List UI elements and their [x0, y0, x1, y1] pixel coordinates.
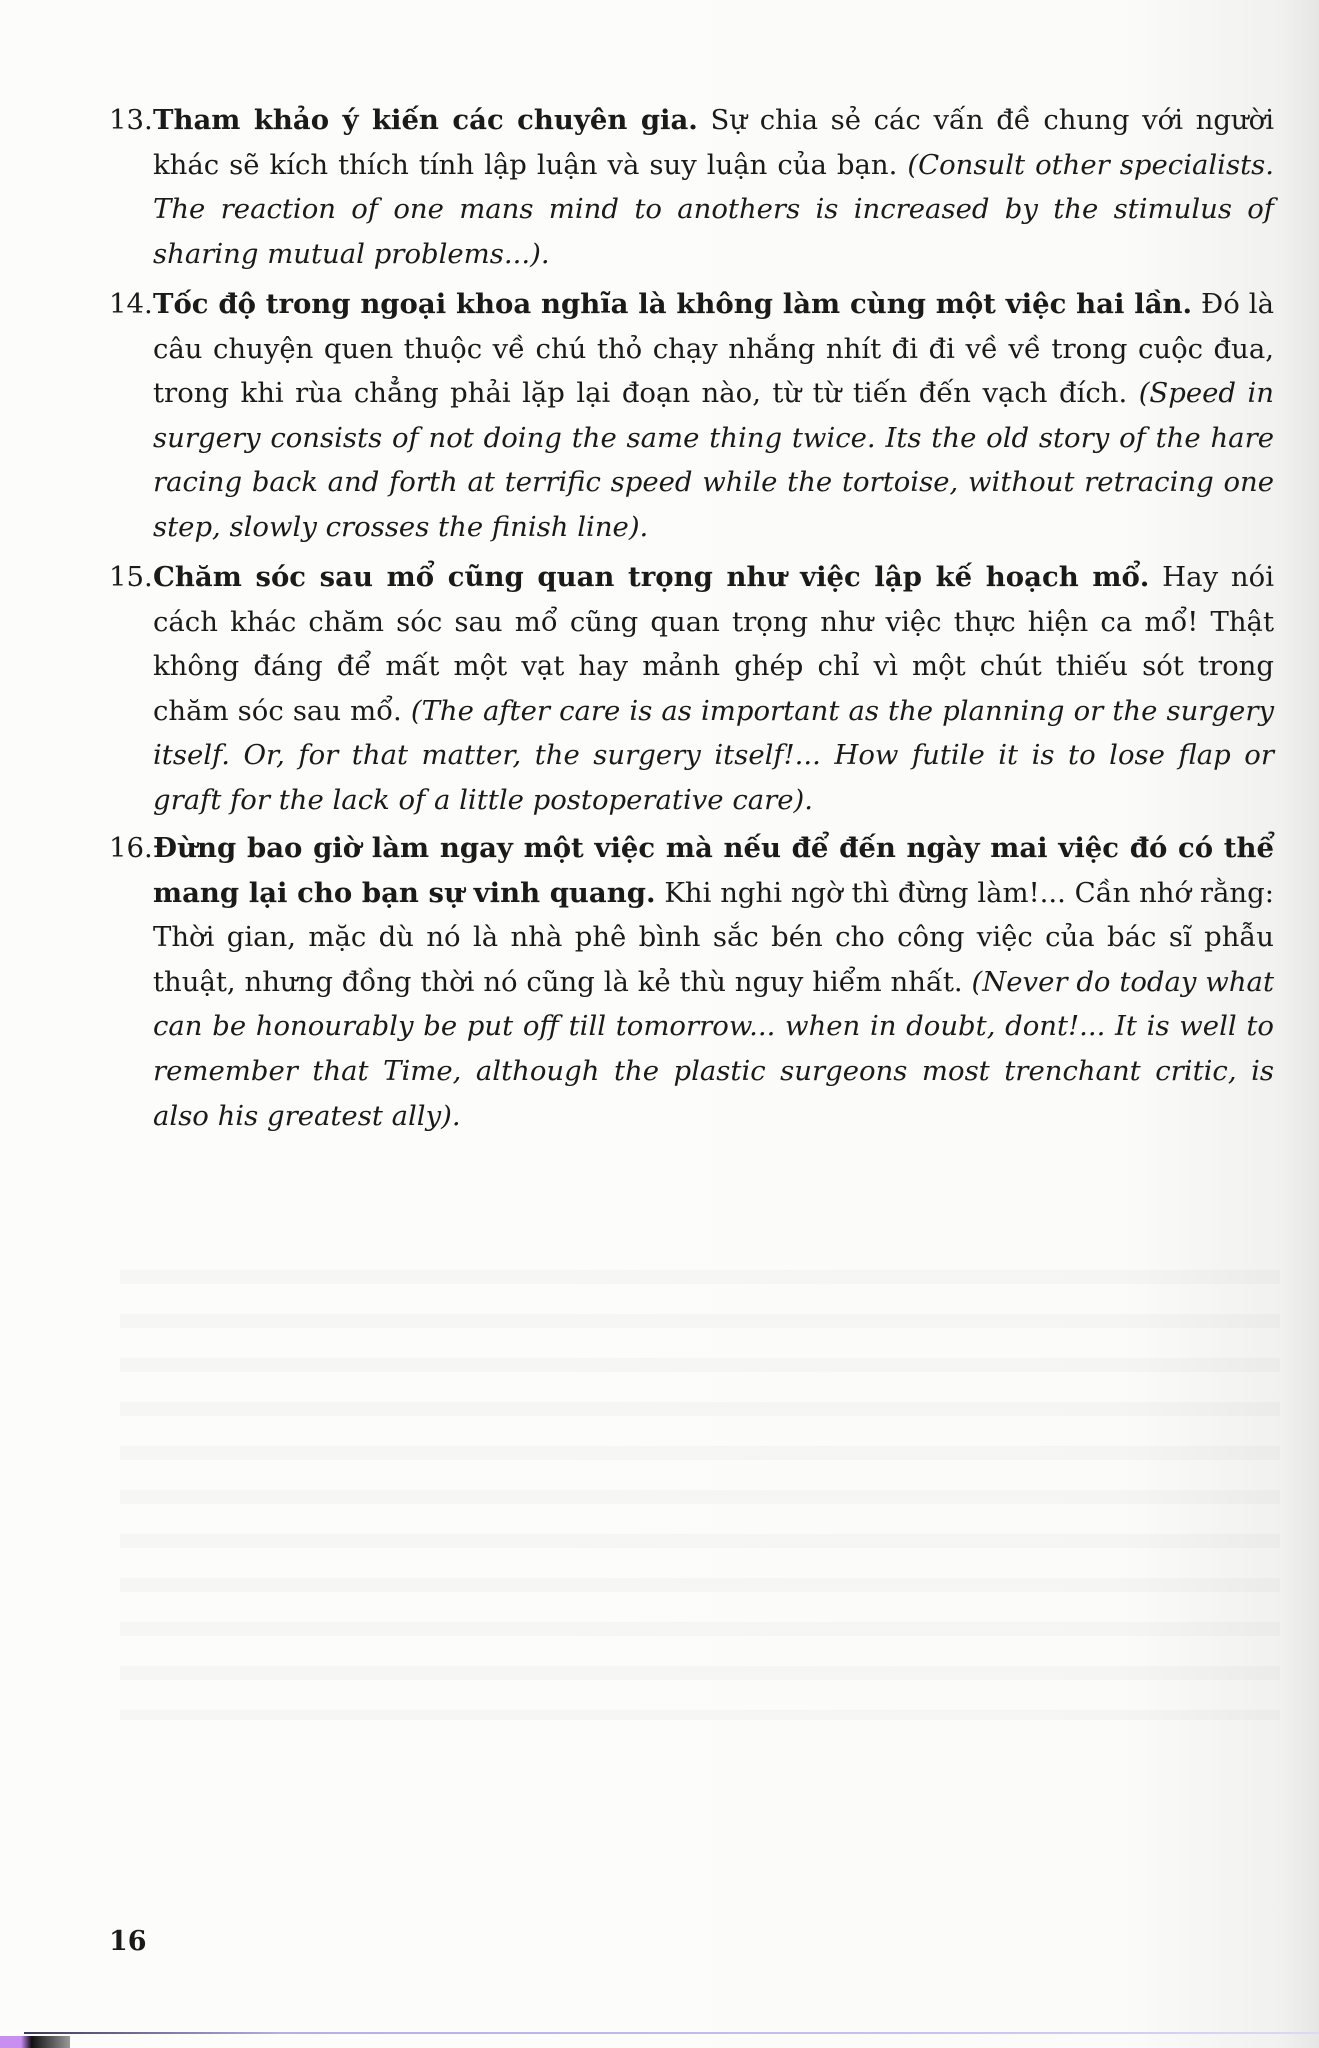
list-item-15: 15. Chăm sóc sau mổ cũng quan trọng như … — [109, 555, 1274, 823]
item-number: 13. — [109, 98, 153, 143]
item-body: Đừng bao giờ làm ngay một việc mà nếu để… — [153, 826, 1274, 1138]
show-through-text — [120, 1240, 1280, 1720]
page-number: 16 — [109, 1926, 147, 1957]
item-number: 14. — [109, 282, 153, 327]
page-bottom-edge — [24, 2032, 1319, 2034]
item-body: Tham khảo ý kiến các chuyên gia. Sự chia… — [153, 98, 1274, 276]
item-body: Tốc độ trong ngoại khoa nghĩa là không l… — [153, 282, 1274, 550]
item-number: 15. — [109, 555, 153, 600]
list-item-13: 13. Tham khảo ý kiến các chuyên gia. Sự … — [109, 98, 1274, 276]
item-heading: Tốc độ trong ngoại khoa nghĩa là không l… — [153, 288, 1192, 320]
list-item-14: 14. Tốc độ trong ngoại khoa nghĩa là khô… — [109, 282, 1274, 550]
item-heading: Chăm sóc sau mổ cũng quan trọng như việc… — [153, 561, 1149, 593]
scan-corner-artifact — [0, 2036, 70, 2048]
item-number: 16. — [109, 826, 153, 871]
item-body: Chăm sóc sau mổ cũng quan trọng như việc… — [153, 555, 1274, 823]
book-page: 13. Tham khảo ý kiến các chuyên gia. Sự … — [0, 0, 1319, 2048]
list-item-16: 16. Đừng bao giờ làm ngay một việc mà nế… — [109, 826, 1274, 1138]
item-heading: Tham khảo ý kiến các chuyên gia. — [153, 104, 698, 136]
